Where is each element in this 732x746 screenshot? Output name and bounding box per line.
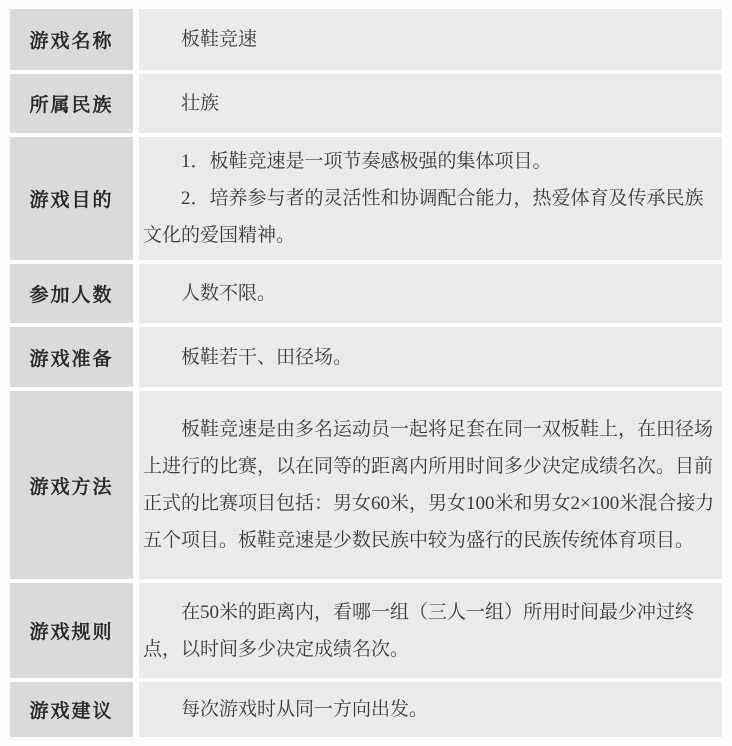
row-content-game-purpose: 1．板鞋竞速是一项节奏感极强的集体项目。 2．培养参与者的灵活性和协调配合能力，… [139,137,722,260]
scanned-game-description-page: 游戏名称 板鞋竞速 所属民族 壮族 游戏目的 1．板鞋竞速是一项节奏感极强的集体… [0,0,732,746]
row-label-game-rules: 游戏规则 [10,583,133,678]
row-label-game-purpose: 游戏目的 [10,137,133,260]
table-row-game-suggestion: 游戏建议 每次游戏时从同一方向出发。 [10,682,722,737]
row-content-game-rules: 在50米的距离内，看哪一组（三人一组）所用时间最少冲过终点，以时间多少决定成绩名… [139,583,722,678]
game-suggestion-value: 每次游戏时从同一方向出发。 [143,691,718,728]
row-content-game-name: 板鞋竞速 [139,9,722,70]
row-label-ethnic-group: 所属民族 [10,74,133,133]
row-content-ethnic-group: 壮族 [139,74,722,133]
ethnic-group-value: 壮族 [143,85,718,122]
table-row-game-method: 游戏方法 板鞋竞速是由多名运动员一起将足套在同一双板鞋上，在田径场上进行的比赛，… [10,391,722,579]
game-purpose-item-1: 1．板鞋竞速是一项节奏感极强的集体项目。 [143,143,718,180]
row-label-game-name: 游戏名称 [10,9,133,70]
table-row-ethnic-group: 所属民族 壮族 [10,74,722,133]
game-method-value: 板鞋竞速是由多名运动员一起将足套在同一双板鞋上，在田径场上进行的比赛，以在同等的… [143,411,718,559]
participants-value: 人数不限。 [143,275,718,312]
row-label-participants: 参加人数 [10,264,133,323]
row-content-participants: 人数不限。 [139,264,722,323]
game-name-value: 板鞋竞速 [143,21,718,58]
table-row-game-rules: 游戏规则 在50米的距离内，看哪一组（三人一组）所用时间最少冲过终点，以时间多少… [10,583,722,678]
row-label-game-equipment: 游戏准备 [10,327,133,387]
game-info-table: 游戏名称 板鞋竞速 所属民族 壮族 游戏目的 1．板鞋竞速是一项节奏感极强的集体… [10,9,722,737]
row-label-game-method: 游戏方法 [10,391,133,579]
table-row-game-purpose: 游戏目的 1．板鞋竞速是一项节奏感极强的集体项目。 2．培养参与者的灵活性和协调… [10,137,722,260]
row-content-game-suggestion: 每次游戏时从同一方向出发。 [139,682,722,737]
row-content-game-equipment: 板鞋若干、田径场。 [139,327,722,387]
row-label-game-suggestion: 游戏建议 [10,682,133,737]
game-rules-value: 在50米的距离内，看哪一组（三人一组）所用时间最少冲过终点，以时间多少决定成绩名… [143,594,718,668]
table-row-game-name: 游戏名称 板鞋竞速 [10,9,722,70]
game-purpose-item-2: 2．培养参与者的灵活性和协调配合能力，热爱体育及传承民族文化的爱国精神。 [143,180,718,254]
table-row-participants: 参加人数 人数不限。 [10,264,722,323]
game-equipment-value: 板鞋若干、田径场。 [143,339,718,376]
row-content-game-method: 板鞋竞速是由多名运动员一起将足套在同一双板鞋上，在田径场上进行的比赛，以在同等的… [139,391,722,579]
table-row-game-equipment: 游戏准备 板鞋若干、田径场。 [10,327,722,387]
